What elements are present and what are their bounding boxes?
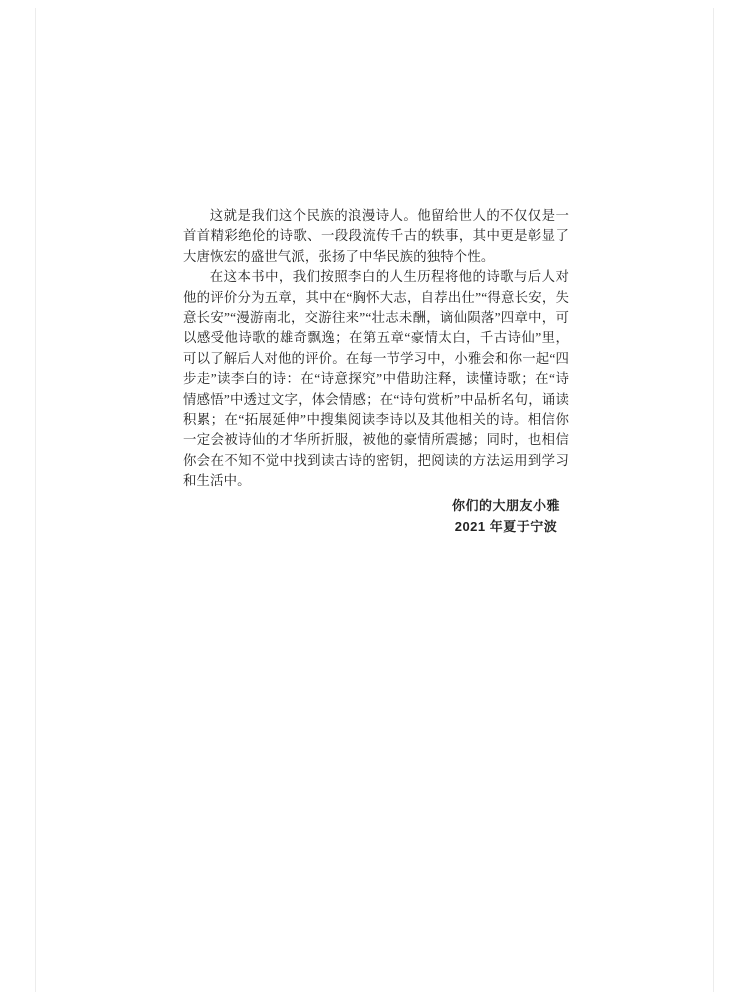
preface-body: 这就是我们这个民族的浪漫诗人。他留给世人的不仅仅是一首首精彩绝伦的诗歌、一段段流… — [183, 206, 569, 492]
preface-paragraph-2: 在这本书中，我们按照李白的人生历程将他的诗歌与后人对他的评价分为五章，其中在“胸… — [183, 267, 569, 491]
page-edge-line-left — [35, 8, 36, 992]
signature-inner: 你们的大朋友小雅 2021 年夏于宁波 — [452, 495, 560, 537]
preface-paragraph-1: 这就是我们这个民族的浪漫诗人。他留给世人的不仅仅是一首首精彩绝伦的诗歌、一段段流… — [183, 206, 569, 267]
book-preface-page: 这就是我们这个民族的浪漫诗人。他留给世人的不仅仅是一首首精彩绝伦的诗歌、一段段流… — [0, 0, 750, 1000]
signature-block: 你们的大朋友小雅 2021 年夏于宁波 — [183, 495, 569, 537]
signature-date: 2021 年夏于宁波 — [452, 516, 560, 537]
page-edge-line-right — [713, 8, 714, 992]
signature-name: 你们的大朋友小雅 — [452, 495, 560, 516]
